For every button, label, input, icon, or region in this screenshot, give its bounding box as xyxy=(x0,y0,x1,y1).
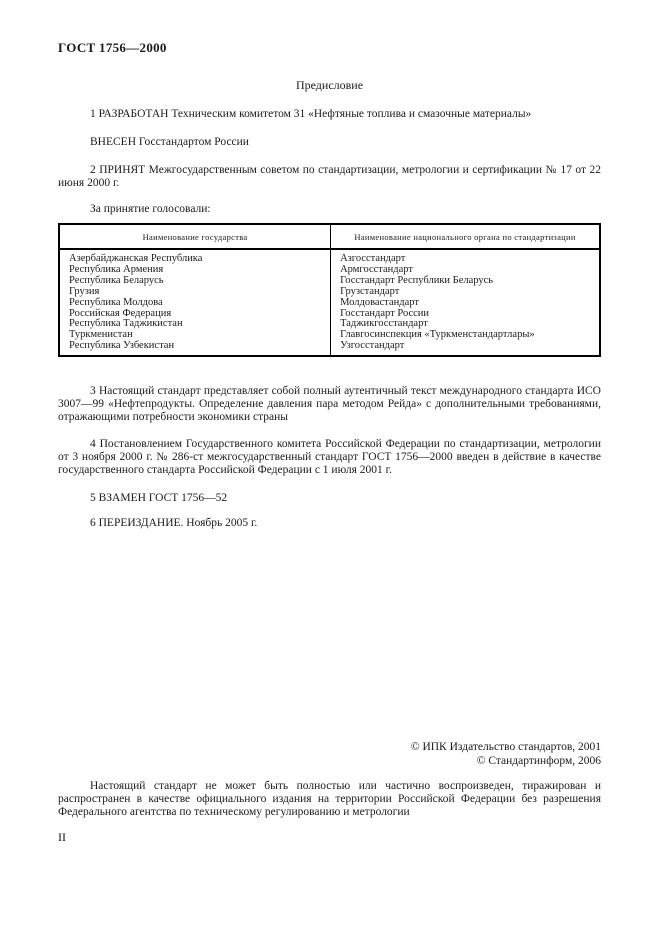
header-country: Наименование государства xyxy=(59,224,331,249)
table-row: Республика Узбекистан Узгосстандарт xyxy=(59,341,600,356)
table-row: Грузия Грузстандарт xyxy=(59,287,600,298)
table-header-row: Наименование государства Наименование на… xyxy=(59,224,600,249)
clause-2-adopted: 2 ПРИНЯТ Межгосударственным советом по с… xyxy=(58,164,601,190)
reproduction-notice: Настоящий стандарт не может быть полност… xyxy=(58,780,601,819)
copyright-line-2: © Стандартинформ, 2006 xyxy=(58,755,601,769)
page-title: Предисловие xyxy=(58,78,601,93)
body-cell: Грузстандарт xyxy=(331,287,600,298)
table-row: Азербайджанская Республика Азгосстандарт xyxy=(59,249,600,265)
country-cell: Республика Узбекистан xyxy=(59,341,331,356)
country-cell: Грузия xyxy=(59,287,331,298)
copyright-line-1: © ИПК Издательство стандартов, 2001 xyxy=(58,741,601,755)
vote-table-body: Азербайджанская Республика Азгосстандарт… xyxy=(59,249,600,356)
vote-table: Наименование государства Наименование на… xyxy=(58,223,601,357)
body-cell: Молдовастандарт xyxy=(331,298,600,309)
header-national-body: Наименование национального органа по ста… xyxy=(331,224,600,249)
page-number: II xyxy=(58,830,601,845)
clause-1-submitted: ВНЕСЕН Госстандартом России xyxy=(58,136,601,149)
country-cell: Азербайджанская Республика xyxy=(59,249,331,265)
clause-1-developed: 1 РАЗРАБОТАН Техническим комитетом 31 «Н… xyxy=(58,108,601,121)
document-page: ГОСТ 1756—2000 Предисловие 1 РАЗРАБОТАН … xyxy=(0,0,661,936)
body-cell: Азгосстандарт xyxy=(331,249,600,265)
table-row: Республика Молдова Молдовастандарт xyxy=(59,298,600,309)
body-cell: Узгосстандарт xyxy=(331,341,600,356)
country-cell: Республика Молдова xyxy=(59,298,331,309)
table-row: Республика Беларусь Госстандарт Республи… xyxy=(59,276,600,287)
vote-intro: За принятие голосовали: xyxy=(58,203,601,216)
copyright-block: © ИПК Издательство стандартов, 2001 © Ст… xyxy=(58,741,601,768)
clause-3-authentic-text: 3 Настоящий стандарт представляет собой … xyxy=(58,385,601,424)
clause-6-reissue: 6 ПЕРЕИЗДАНИЕ. Ноябрь 2005 г. xyxy=(58,517,601,530)
country-cell: Республика Беларусь xyxy=(59,276,331,287)
clause-4-enactment: 4 Постановлением Государственного комите… xyxy=(58,438,601,477)
page-footer: © ИПК Издательство стандартов, 2001 © Ст… xyxy=(58,741,601,845)
clause-5-replaces: 5 ВЗАМЕН ГОСТ 1756—52 xyxy=(58,492,601,505)
standard-code: ГОСТ 1756—2000 xyxy=(58,40,601,56)
vote-table-header: Наименование государства Наименование на… xyxy=(59,224,600,249)
